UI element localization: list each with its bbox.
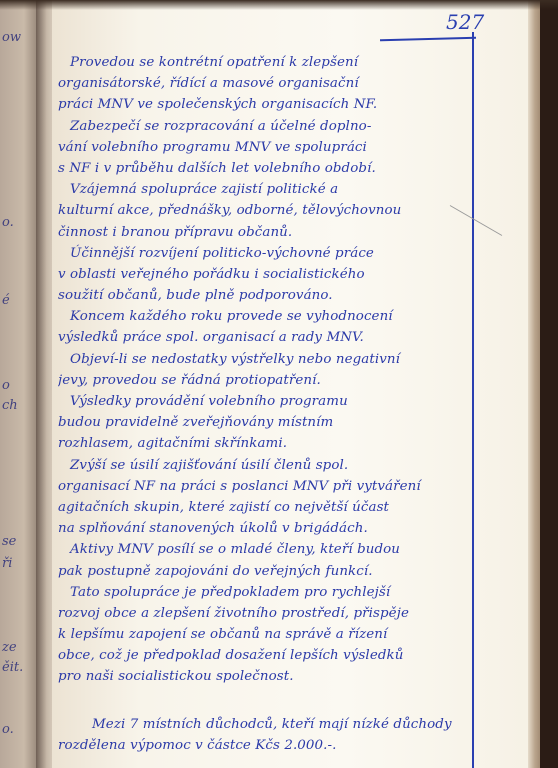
left-page-text-fragment: ěit.: [2, 660, 23, 675]
left-page-text-fragment: se: [2, 534, 16, 549]
text-line: pro naši socialistickou společnost.: [58, 666, 470, 687]
text-line: organisací NF na práci s poslanci MNV př…: [58, 476, 470, 497]
text-line: Výsledky provádění volebního programu: [58, 391, 470, 412]
text-line: pak postupně zapojováni do veřejných fun…: [58, 561, 470, 582]
margin-line: [472, 32, 474, 768]
book-cover-edge: [540, 0, 558, 768]
text-line: Objeví-li se nedostatky výstřelky nebo n…: [58, 349, 470, 370]
text-line: jevy, provedou se řádná protiopatření.: [58, 370, 470, 391]
left-page-text-fragment: é: [2, 293, 10, 308]
left-page-text-fragment: o.: [2, 722, 14, 737]
handwritten-text: Provedou se kontrétní opatření k zlepšen…: [58, 52, 470, 756]
left-page-fragment: owo.éochseřizeěit.o.: [0, 0, 40, 768]
left-page-text-fragment: ch: [2, 398, 18, 413]
left-page-text-fragment: ze: [2, 640, 17, 655]
left-page-text-fragment: ři: [2, 556, 12, 571]
text-line: vání volebního programu MNV ve spoluprác…: [58, 137, 470, 158]
text-line: v oblasti veřejného pořádku i socialisti…: [58, 264, 470, 285]
text-line: rozdělena výpomoc v částce Kčs 2.000.-.: [58, 735, 470, 756]
left-page-text-fragment: o.: [2, 215, 14, 230]
text-line: rozvoj obce a zlepšení životního prostře…: [58, 603, 470, 624]
text-line: kulturní akce, přednášky, odborné, tělov…: [58, 200, 470, 221]
text-line: činnost i branou přípravu občanů.: [58, 222, 470, 243]
text-line: práci MNV ve společenských organisacích …: [58, 94, 470, 115]
text-line: agitačních skupin, které zajistí co nejv…: [58, 497, 470, 518]
page-number: 527: [446, 10, 484, 34]
text-line: s NF i v průběhu dalších let volebního o…: [58, 158, 470, 179]
text-line: Mezi 7 místních důchodců, kteří mají níz…: [58, 714, 470, 735]
text-line: k lepšímu zapojení se občanů na správě a…: [58, 624, 470, 645]
text-line: Zvýší se úsilí zajišťování úsilí členů s…: [58, 455, 470, 476]
text-line: obce, což je předpoklad dosažení lepších…: [58, 645, 470, 666]
text-line: Provedou se kontrétní opatření k zlepšen…: [58, 52, 470, 73]
text-line: Tato spolupráce je předpokladem pro rych…: [58, 582, 470, 603]
text-line: Účinnější rozvíjení politicko-výchovné p…: [58, 243, 470, 264]
left-page-text-fragment: o: [2, 378, 10, 393]
text-line: Zabezpečí se rozpracování a účelné dopln…: [58, 116, 470, 137]
top-shadow: [0, 0, 558, 10]
text-line: rozhlasem, agitačními skřínkami.: [58, 433, 470, 454]
text-line: Koncem každého roku provede se vyhodnoce…: [58, 306, 470, 327]
text-line: soužití občanů, bude plně podporováno.: [58, 285, 470, 306]
text-line: výsledků práce spol. organisací a rady M…: [58, 327, 470, 348]
text-line: Vzájemná spolupráce zajistí politické a: [58, 179, 470, 200]
left-page-text-fragment: ow: [2, 30, 21, 45]
text-line: Aktivy MNV posílí se o mladé členy, kteř…: [58, 539, 470, 560]
text-line: organisátorské, řídící a masové organisa…: [58, 73, 470, 94]
text-line: budou pravidelně zveřejňovány místním: [58, 412, 470, 433]
text-line: na splňování stanovených úkolů v brigádá…: [58, 518, 470, 539]
